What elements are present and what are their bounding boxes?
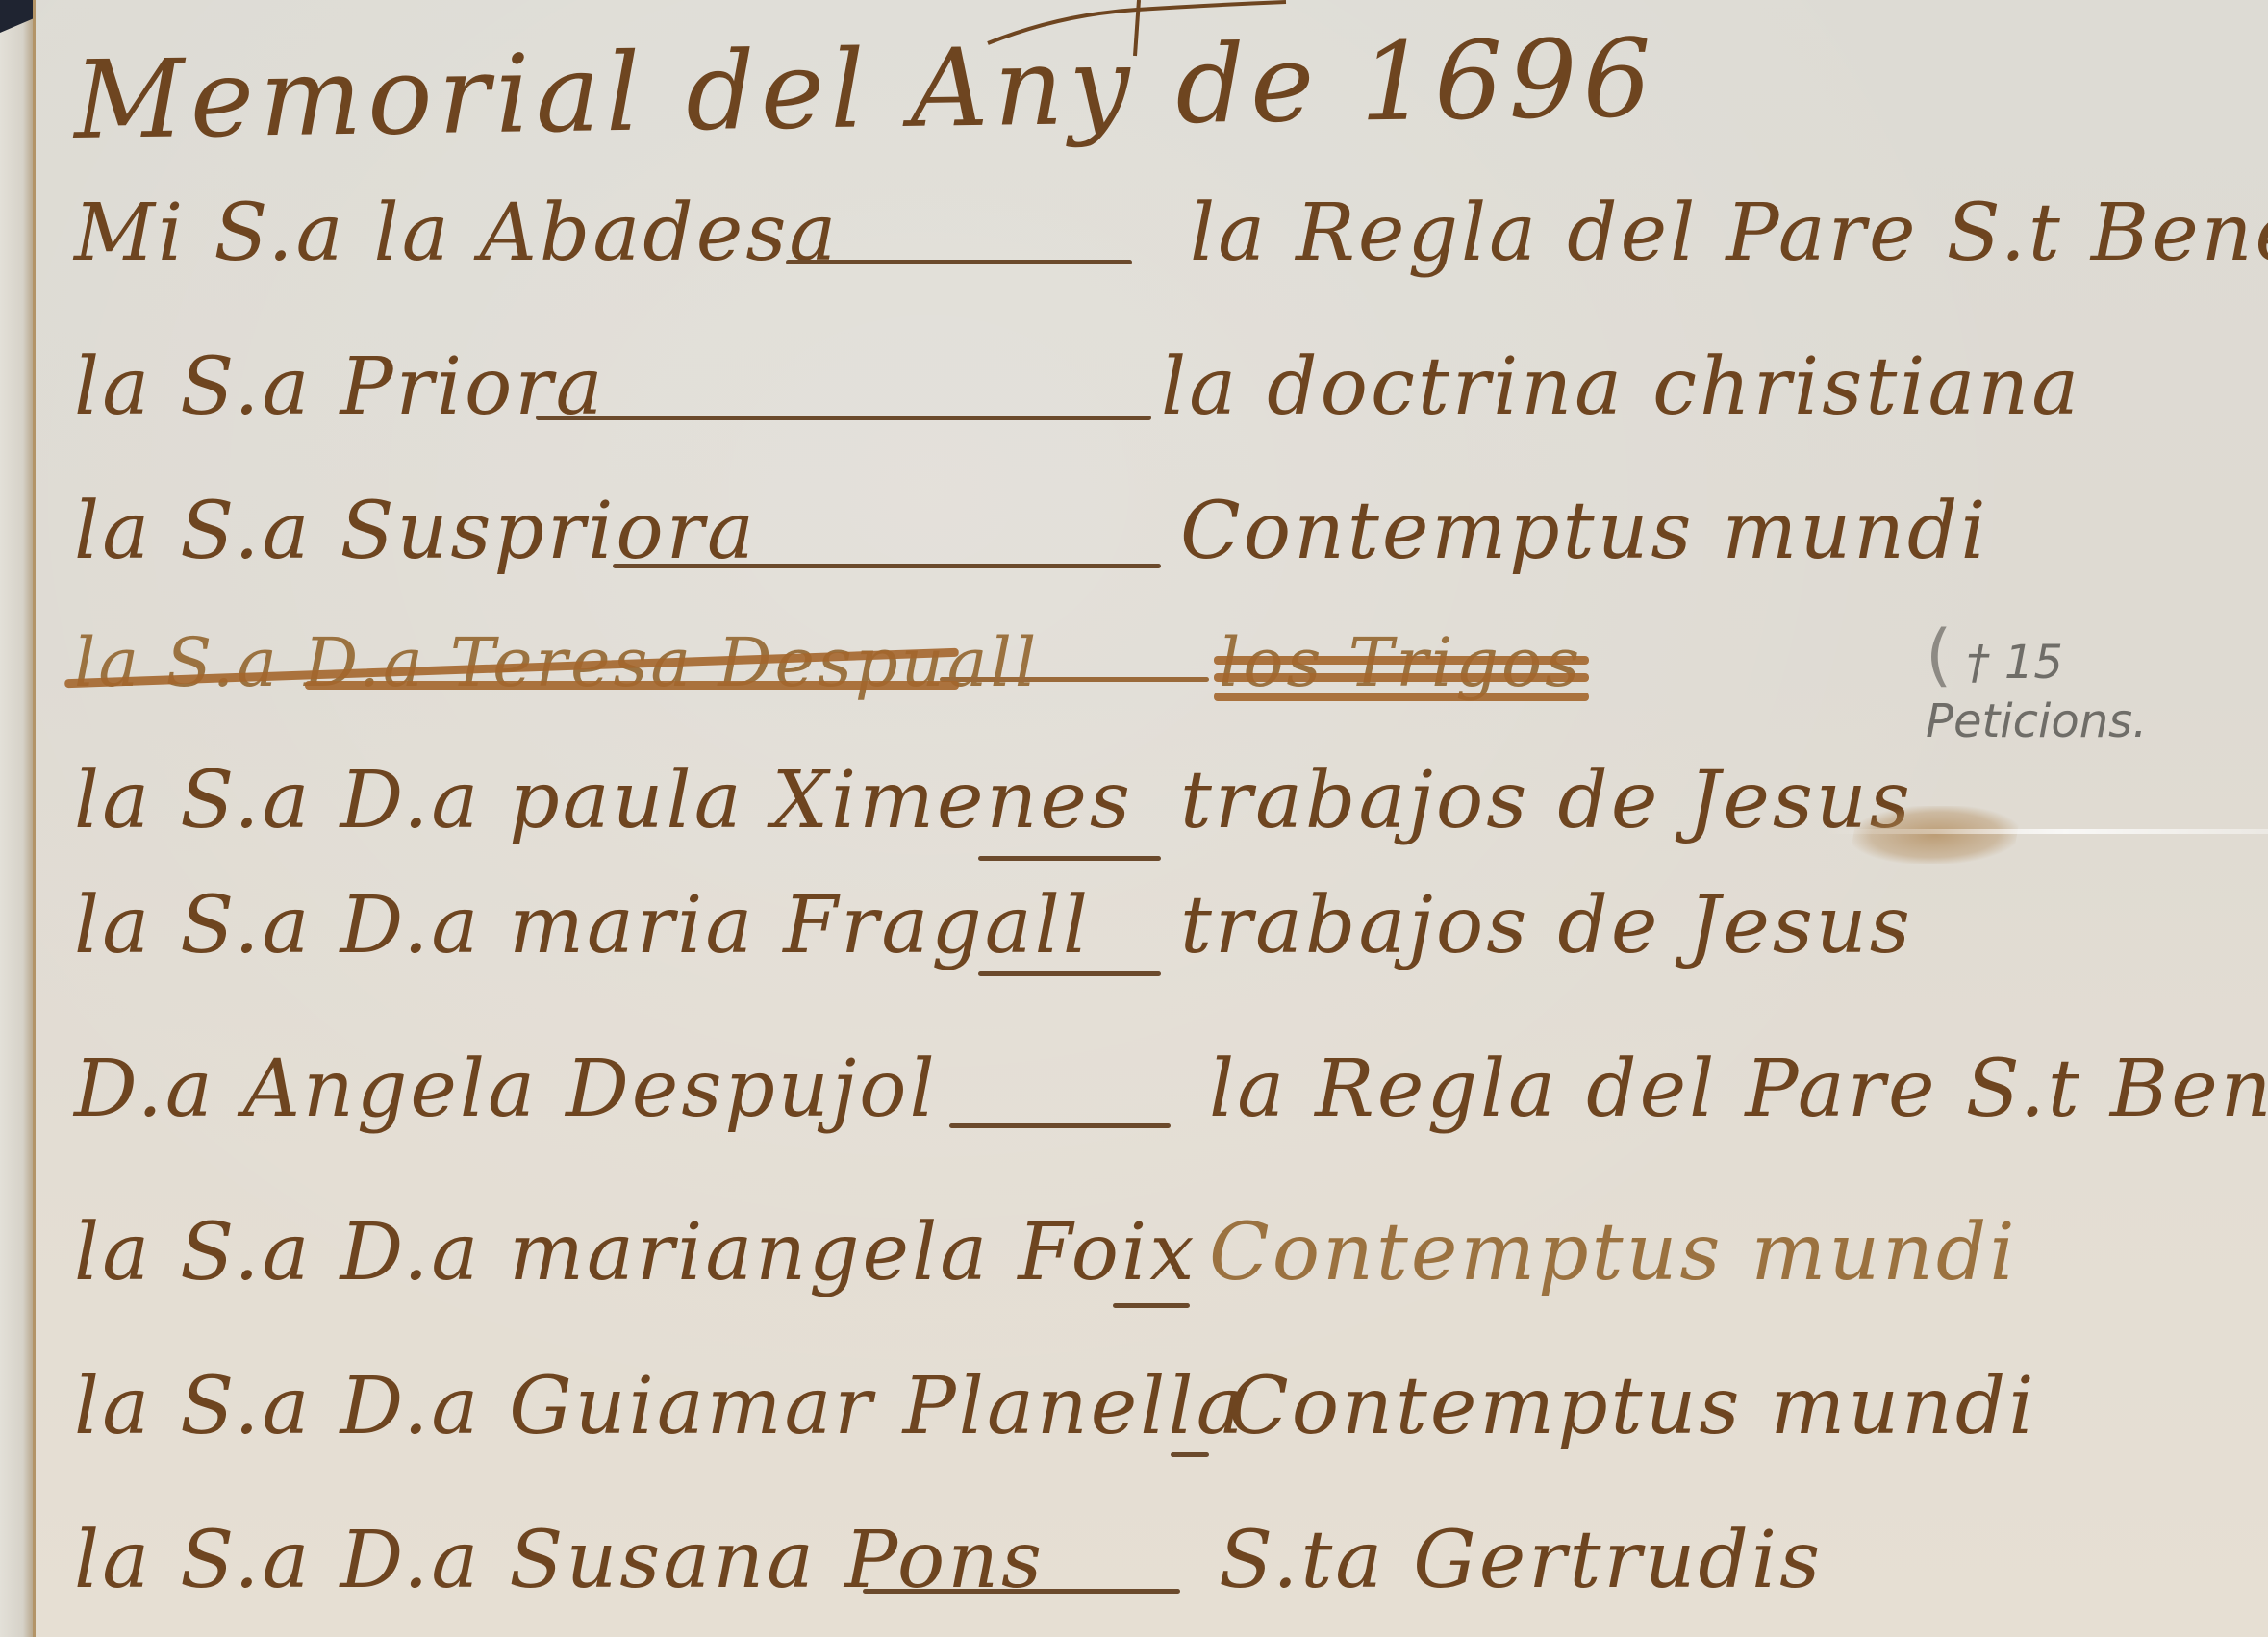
nun-name: D.a Angela Despujol <box>74 1044 938 1135</box>
leader-dash <box>863 1589 1180 1594</box>
water-stain <box>1849 806 2023 864</box>
leader-dash <box>1171 1452 1209 1457</box>
list-row: la S.a Priora la doctrina christiana <box>74 327 2267 442</box>
assigned-book: Contemptus mundi <box>1180 486 1989 577</box>
assigned-book: la Regla del Pare S.t Benet <box>1190 188 2268 279</box>
leader-dash <box>940 677 1209 682</box>
strikethrough-line <box>1214 656 1589 665</box>
assigned-book: la doctrina christiana <box>1161 341 2081 433</box>
strikethrough-line <box>1214 693 1589 701</box>
nun-name: la S.a Priora <box>74 341 606 433</box>
paper-fold-crease <box>1825 829 2268 834</box>
list-row: D.a Angela Despujol la Regla del Pare S.… <box>74 1029 2267 1145</box>
document-title: Memorial del Any de 1696 <box>73 16 1658 164</box>
leader-dash <box>536 416 1151 420</box>
assigned-book: Contemptus mundi <box>1228 1361 2037 1452</box>
manuscript-page: Memorial del Any de 1696 Mi S.a la Abade… <box>33 0 2268 1637</box>
assigned-book: trabajos de Jesus <box>1180 880 1913 971</box>
nun-name: la S.a D.a Guiamar Planella <box>74 1361 1247 1452</box>
strikethrough-line <box>1214 673 1589 682</box>
pencil-margin-note: ( † 15 Peticions. <box>1926 616 2268 748</box>
nun-name: la S.a D.a mariangela Foix <box>74 1207 1197 1298</box>
facing-page-edge <box>0 0 33 1637</box>
leader-dash <box>786 260 1132 264</box>
leader-dash <box>1113 1303 1190 1308</box>
list-row: la S.a D.a Guiamar Planella Contemptus m… <box>74 1347 2267 1462</box>
list-row: la S.a D.a maria Fragall trabajos de Jes… <box>74 866 2267 981</box>
assigned-book: la Regla del Pare S.t Benet <box>1209 1044 2268 1135</box>
nun-name: Mi S.a la Abadesa <box>74 188 839 279</box>
note-text: 15 Peticions. <box>1926 636 2147 748</box>
leader-dash <box>978 856 1161 861</box>
nun-name: la S.a D.a paula Ximenes <box>74 755 1133 846</box>
nun-name: la S.a D.a maria Fragall <box>74 880 1091 971</box>
strikethrough-line <box>305 681 959 690</box>
assigned-book: S.ta Gertrudis <box>1219 1515 1823 1606</box>
assigned-book: Contemptus mundi <box>1209 1207 2018 1298</box>
list-row: Mi S.a la Abadesa la Regla del Pare S.t … <box>74 173 2267 289</box>
leader-dash <box>978 971 1161 976</box>
list-row: la S.a Suspriora Contemptus mundi <box>74 471 2267 587</box>
note-cross-symbol: † <box>1967 636 1990 690</box>
leader-dash <box>949 1123 1171 1128</box>
leader-dash <box>613 564 1161 568</box>
list-row: la S.a D.a Susana Pons S.ta Gertrudis <box>74 1500 2267 1616</box>
assigned-book: trabajos de Jesus <box>1180 755 1913 846</box>
list-row: la S.a D.a mariangela Foix Contemptus mu… <box>74 1193 2267 1308</box>
note-bracket: ( <box>1926 616 1952 694</box>
